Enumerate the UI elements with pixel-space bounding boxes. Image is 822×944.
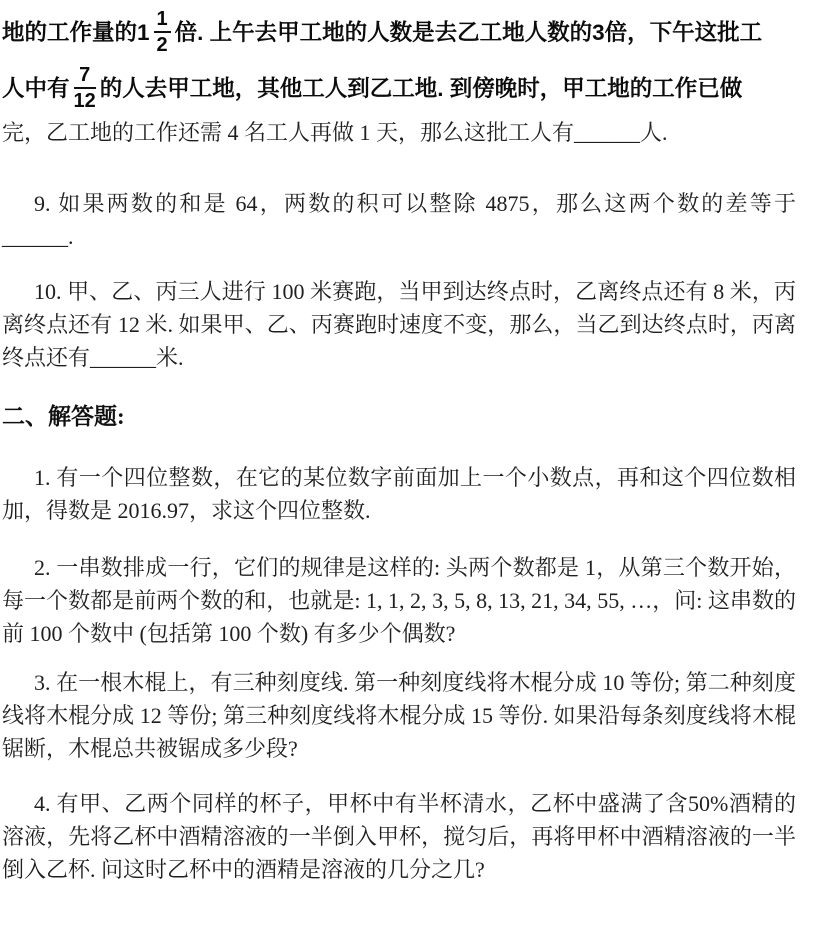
section-heading: 二、解答题: [2, 400, 796, 433]
formula-line-2-text-post: 的人去甲工地，其他工人到乙工地. 到傍晚时，甲工地的工作已做 [100, 72, 743, 105]
question-8-continuation-paragraph: 地的工作量的112倍. 上午去甲工地的人数是去乙工地人数的3倍，下午这批工 人中… [2, 4, 796, 149]
fraction-seven-twelfths: 712 [74, 64, 96, 112]
answer-question-2-paragraph: 2. 一串数排成一行，它们的规律是这样的: 头两个数都是 1，从第三个数开始，每… [2, 551, 796, 650]
question-10-paragraph: 10. 甲、乙、丙三人进行 100 米赛跑，当甲到达终点时，乙离终点还有 8 米… [2, 275, 796, 374]
answer-question-1-paragraph: 1. 有一个四位整数，在它的某位数字前面加上一个小数点，再和这个四位数相加，得数… [2, 461, 796, 527]
question-9-paragraph: 9. 如果两数的和是 64，两数的积可以整除 4875，那么这两个数的差等于__… [2, 187, 796, 253]
document-page: 地的工作量的112倍. 上午去甲工地的人数是去乙工地人数的3倍，下午这批工 人中… [0, 0, 822, 944]
fraction-numerator: 7 [74, 64, 96, 89]
formula-line-2-text-pre: 人中有 [2, 72, 70, 105]
fraction-denominator: 12 [74, 89, 96, 112]
answer-question-3-paragraph: 3. 在一根木棍上，有三种刻度线. 第一种刻度线将木棍分成 10 等份; 第二种… [2, 666, 796, 765]
formula-line-2: 人中有712的人去甲工地，其他工人到乙工地. 到傍晚时，甲工地的工作已做 [2, 60, 796, 116]
mixed-number-whole: 1 [137, 16, 150, 49]
fraction-denominator: 2 [154, 33, 171, 56]
formula-line-1-text-pre: 地的工作量的 [2, 16, 137, 49]
fraction-numerator: 1 [154, 8, 171, 33]
answer-question-4-paragraph: 4. 有甲、乙两个同样的杯子，甲杯中有半杯清水，乙杯中盛满了含50%酒精的溶液，… [2, 787, 796, 886]
formula-line-1-text-post: 倍. 上午去甲工地的人数是去乙工地人数的3倍，下午这批工 [175, 16, 763, 49]
formula-line-1: 地的工作量的112倍. 上午去甲工地的人数是去乙工地人数的3倍，下午这批工 [2, 4, 796, 60]
continuation-last-line: 完，乙工地的工作还需 4 名工人再做 1 天，那么这批工人有______人. [2, 116, 796, 149]
fraction-one-half: 12 [154, 8, 171, 56]
